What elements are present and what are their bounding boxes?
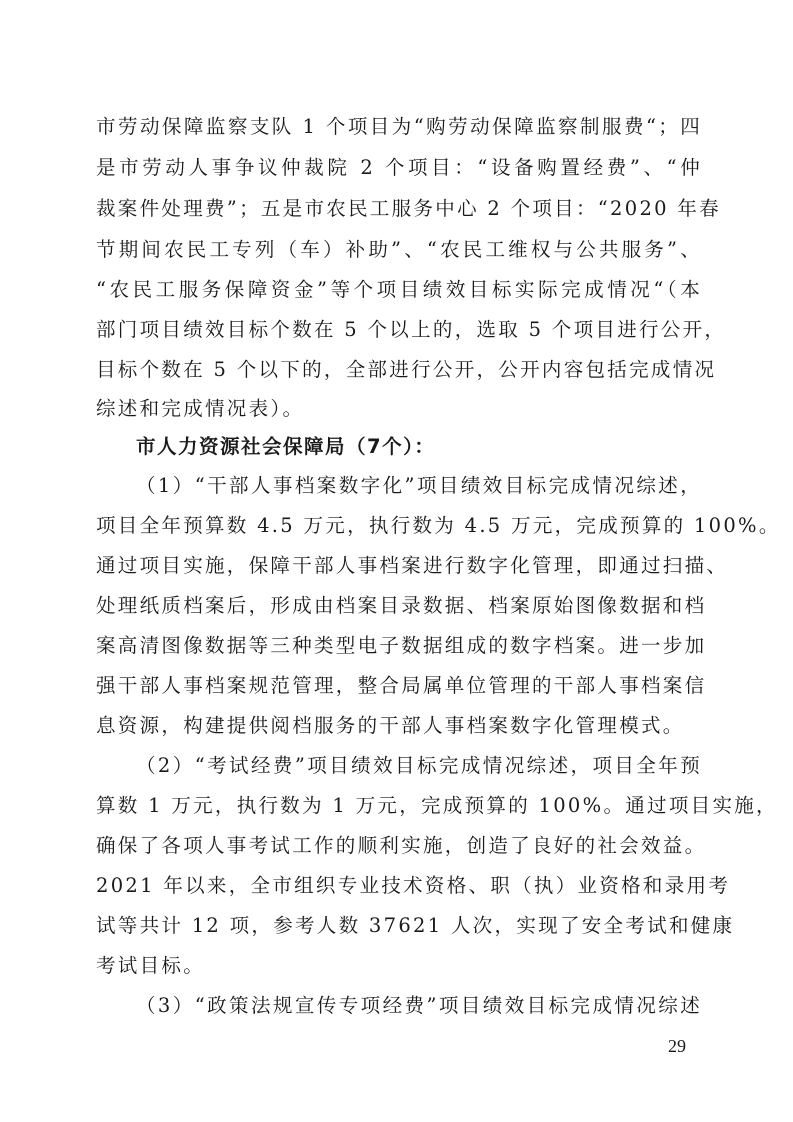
paragraph-line: 部门项目绩效目标个数在 5 个以上的，选取 5 个项目进行公开， xyxy=(96,318,702,342)
paragraph-line: 裁案件处理费”；五是市农民工服务中心 2 个项目：“2020 年春 xyxy=(96,197,702,221)
item-3-line: （3）“政策法规宣传专项经费”项目绩效目标完成情况综述 xyxy=(136,994,702,1018)
item-1-line: 项目全年预算数 4.5 万元，执行数为 4.5 万元，完成预算的 100%。 xyxy=(96,514,702,538)
item-2-line: （2）“考试经费”项目绩效目标完成情况综述，项目全年预 xyxy=(136,754,702,778)
item-1-line: 通过项目实施，保障干部人事档案进行数字化管理，即通过扫描、 xyxy=(96,554,702,578)
paragraph-line: “农民工服务保障资金”等个项目绩效目标实际完成情况“（本 xyxy=(96,278,702,302)
item-2-line: 算数 1 万元，执行数为 1 万元，完成预算的 100%。通过项目实施， xyxy=(96,794,702,818)
item-2-line: 2021 年以来，全市组织专业技术资格、职（执）业资格和录用考 xyxy=(96,874,702,898)
item-1-line: 案高清图像数据等三种类型电子数据组成的数字档案。进一步加 xyxy=(96,634,702,658)
document-page: 市劳动保障监察支队 1 个项目为“购劳动保障监察制服费“；四 是市劳动人事争议仲… xyxy=(0,0,793,1122)
item-1-line: （1）“干部人事档案数字化”项目绩效目标完成情况综述， xyxy=(136,474,702,498)
paragraph-line: 市劳动保障监察支队 1 个项目为“购劳动保障监察制服费“；四 xyxy=(96,115,702,139)
item-1-line: 处理纸质档案后，形成由档案目录数据、档案原始图像数据和档 xyxy=(96,594,702,618)
paragraph-line: 综述和完成情况表）。 xyxy=(96,397,702,421)
page-number: 29 xyxy=(668,1036,686,1057)
item-2-line: 考试目标。 xyxy=(96,954,702,978)
item-2-line: 确保了各项人事考试工作的顺利实施，创造了良好的社会效益。 xyxy=(96,834,702,858)
paragraph-line: 目标个数在 5 个以下的，全部进行公开，公开内容包括完成情况 xyxy=(96,358,702,382)
paragraph-line: 是市劳动人事争议仲裁院 2 个项目：“设备购置经费”、“仲 xyxy=(96,156,702,180)
section-heading: 市人力资源社会保障局（7个）： xyxy=(136,435,435,459)
item-1-line: 强干部人事档案规范管理，整合局属单位管理的干部人事档案信 xyxy=(96,674,702,698)
item-1-line: 息资源，构建提供阅档服务的干部人事档案数字化管理模式。 xyxy=(96,714,702,738)
item-2-line: 试等共计 12 项，参考人数 37621 人次，实现了安全考试和健康 xyxy=(96,914,702,938)
paragraph-line: 节期间农民工专列（车）补助”、“农民工维权与公共服务”、 xyxy=(96,238,702,262)
